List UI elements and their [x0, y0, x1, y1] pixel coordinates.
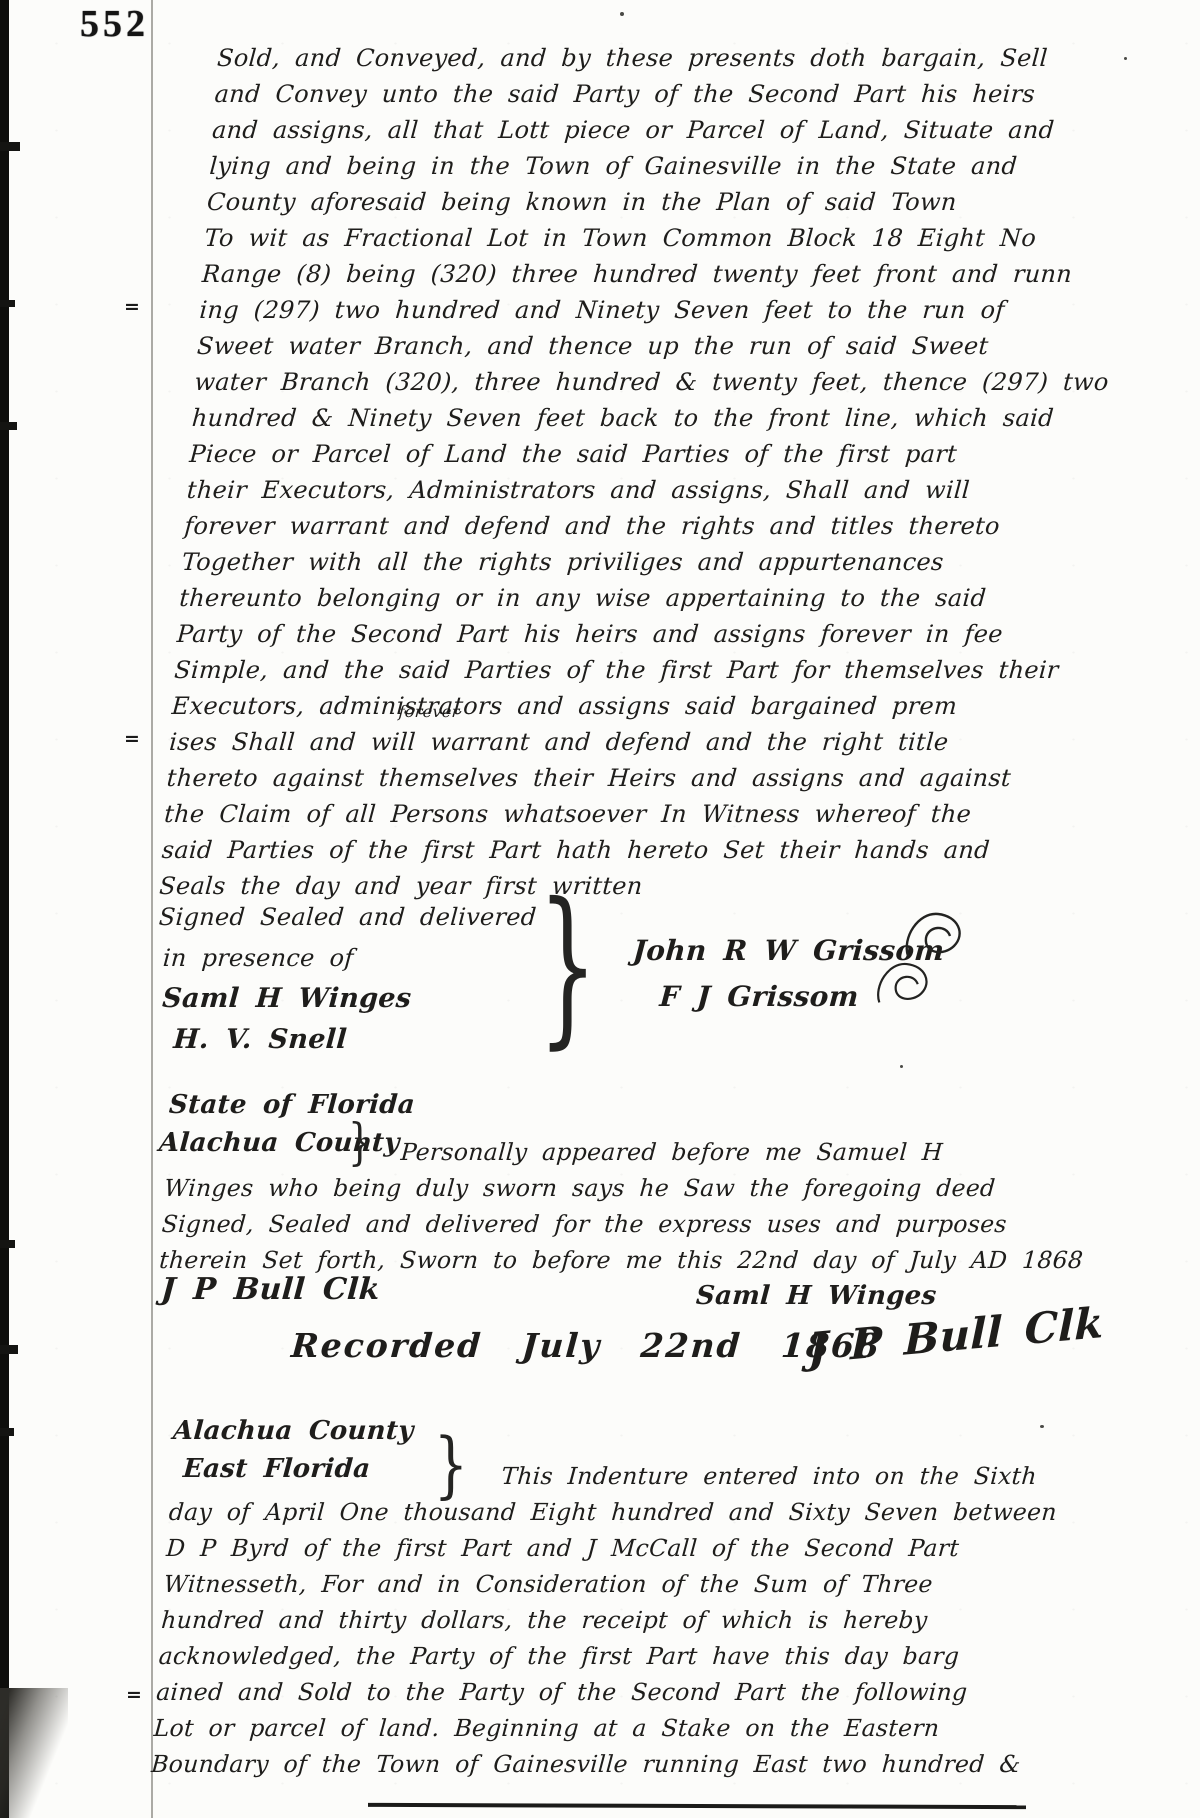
margin-rule: [151, 0, 153, 1818]
ack-body: Personally appeared before me Samuel HWi…: [158, 1134, 1092, 1278]
deed-line: Witnesseth, For and in Consideration of …: [163, 1566, 1053, 1602]
deed-line: ained and Sold to the Party of the Secon…: [155, 1674, 1045, 1710]
deed-line: thereto against themselves their Heirs a…: [166, 760, 1083, 796]
deed-line: This Indenture entered into on the Sixth: [170, 1458, 1060, 1494]
deed-body: Sold, and Conveyed, and by these present…: [158, 40, 1133, 904]
deed2-body: This Indenture entered into on the Sixth…: [150, 1458, 1061, 1782]
recording-note: Recorded July 22nd 1868: [290, 1326, 882, 1365]
deed-line: County aforesaid being known in the Plan…: [206, 184, 1123, 220]
scan-corner-smudge: [0, 1688, 68, 1818]
ack-line: Personally appeared before me Samuel H: [166, 1134, 1092, 1170]
deed-line: ing (297) two hundred and Ninety Seven f…: [198, 292, 1115, 328]
deed2-jurisdiction-county: Alachua County: [172, 1416, 415, 1446]
scan-edge-tick: [0, 300, 15, 307]
deed-line: Party of the Second Part his heirs and a…: [176, 616, 1093, 652]
scan-edge-tick: [0, 422, 17, 430]
interlinear-insertion: forever: [398, 702, 460, 721]
margin-insertion-mark: =: [124, 728, 140, 750]
deed-line: acknowledged, the Party of the first Par…: [158, 1638, 1048, 1674]
deed-line: Together with all the rights priviliges …: [181, 544, 1098, 580]
scan-edge-tick: [0, 1240, 15, 1248]
page-number: 552: [80, 2, 149, 46]
deed-line: their Executors, Administrators and assi…: [186, 472, 1103, 508]
deed-line: said Parties of the first Part hath here…: [161, 832, 1078, 868]
deed-line: Boundary of the Town of Gainesville runn…: [150, 1746, 1040, 1782]
deed-line: Range (8) being (320) three hundred twen…: [201, 256, 1118, 292]
deed-line: Piece or Parcel of Land the said Parties…: [188, 436, 1105, 472]
deed-line: lying and being in the Town of Gainesvil…: [208, 148, 1125, 184]
deed-line: Executors, administrators and assigns sa…: [171, 688, 1088, 724]
deed-line: thereunto belonging or in any wise apper…: [178, 580, 1095, 616]
deed-line: To wit as Fractional Lot in Town Common …: [203, 220, 1120, 256]
deed-line: water Branch (320), three hundred & twen…: [193, 364, 1110, 400]
deed-line: the Claim of all Persons whatsoever In W…: [163, 796, 1080, 832]
ack-line: Winges who being duly sworn says he Saw …: [163, 1170, 1089, 1206]
deed-line: and assigns, all that Lott piece or Parc…: [211, 112, 1128, 148]
deed-line: Simple, and the said Parties of the firs…: [173, 652, 1090, 688]
attestation-line: Signed Sealed and delivered: [158, 903, 538, 931]
deed-line: ises Shall and will warrant and defend a…: [168, 724, 1085, 760]
scan-speck: [620, 12, 624, 16]
scan-left-edge: [0, 0, 9, 1818]
deed-line: D P Byrd of the first Part and J McCall …: [165, 1530, 1055, 1566]
scan-speck: [1040, 1425, 1044, 1428]
ack-jurisdiction-state: State of Florida: [168, 1090, 416, 1120]
margin-insertion-mark: =: [126, 1684, 142, 1706]
deed-line: Sold, and Conveyed, and by these present…: [216, 40, 1133, 76]
affiant-signature: Saml H Winges: [695, 1281, 938, 1311]
clerk-signature: J P Bull Clk: [160, 1272, 381, 1307]
seal-flourish-icon: [872, 958, 936, 1014]
attestation-line: in presence of: [162, 944, 355, 972]
margin-insertion-mark: =: [124, 296, 140, 318]
witness-signature: Saml H Winges: [161, 978, 413, 1019]
scan-edge-tick: [0, 1345, 18, 1354]
deed-line: forever warrant and defend and the right…: [183, 508, 1100, 544]
witness-signatures: Saml H WingesH. V. Snell: [158, 978, 413, 1060]
deed-line: day of April One thousand Eight hundred …: [168, 1494, 1058, 1530]
scan-speck: [900, 1065, 903, 1068]
signature-brace: }: [538, 886, 597, 1046]
deed-line: hundred and thirty dollars, the receipt …: [160, 1602, 1050, 1638]
scan-edge-tick: [0, 1428, 14, 1436]
deed-line: and Convey unto the said Party of the Se…: [213, 76, 1130, 112]
scan-edge-tick: [0, 142, 20, 151]
deed-line: Seals the day and year first written: [158, 868, 1075, 904]
deed-record-page: 552 Sold, and Conveyed, and by these pre…: [0, 0, 1200, 1818]
ack-line: Signed, Sealed and delivered for the exp…: [161, 1206, 1087, 1242]
deed-line: hundred & Ninety Seven feet back to the …: [191, 400, 1108, 436]
witness-signature: H. V. Snell: [158, 1019, 410, 1060]
scan-bottom-line: [368, 1803, 1026, 1809]
deed-line: Sweet water Branch, and thence up the ru…: [196, 328, 1113, 364]
deed-line: Lot or parcel of land. Beginning at a St…: [153, 1710, 1043, 1746]
